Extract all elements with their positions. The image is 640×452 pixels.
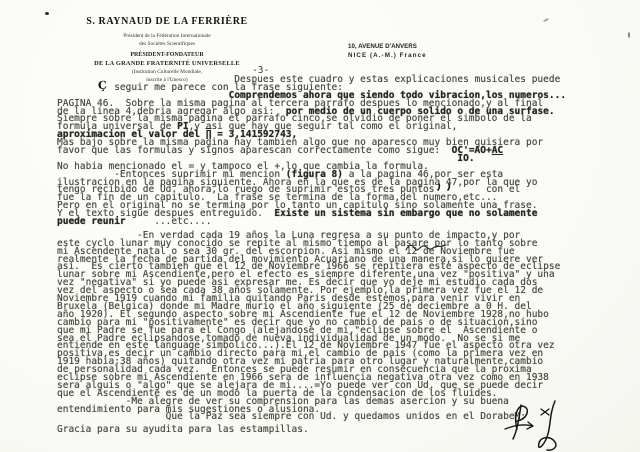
- sender-title-line-1: Président de la Fédération International…: [68, 33, 266, 39]
- handwritten-insertion-scribble: [405, 241, 447, 253]
- sender-title-line-2: des Sociétés Scientifiques: [68, 41, 266, 47]
- body-text-segment: AC: [492, 145, 503, 156]
- sender-name: S. RAYNAUD DE LA FERRIÈRE: [68, 16, 266, 27]
- body-text-segment: Existe un sistema sin embargo que no sol…: [274, 208, 537, 219]
- body-text-segment: puede reunir: [57, 216, 126, 227]
- ink-speck: [45, 12, 49, 15]
- letter-page: S. RAYNAUD DE LA FERRIÈRE Président de l…: [0, 0, 640, 452]
- body-text-segment: ...etc....: [126, 216, 212, 227]
- sender-role-line-2: DE LA GRANDE FRATERNITÉ UNIVERSELLE: [68, 60, 266, 67]
- letterhead: S. RAYNAUD DE LA FERRIÈRE Président de l…: [68, 16, 266, 83]
- address-line-2: NICE (A.-M.) France: [348, 52, 427, 59]
- body-text-segment: Que la Paz sea siempre con Ud. y quedamo…: [57, 411, 526, 422]
- handwritten-insert-mark: Ç: [98, 79, 108, 93]
- body-line: puede reunir ...etc....: [57, 218, 582, 226]
- handwritten-signature: [503, 399, 571, 452]
- body-text-segment: Gracia para su ayudita para las estampil…: [57, 424, 309, 435]
- ink-speck: [628, 32, 630, 38]
- sender-role-line-1: PRÉSIDENT-FONDATEUR: [68, 52, 266, 58]
- body-text-segment: IO.: [457, 153, 474, 164]
- address-line-1: 10, AVENUE D'ANVERS: [348, 43, 427, 50]
- ink-speck: [543, 18, 549, 23]
- letter-body: Despues este cuadro y estas explicacione…: [57, 76, 582, 434]
- handwritten-dots: [435, 182, 457, 192]
- sender-address: 10, AVENUE D'ANVERS NICE (A.-M.) France: [348, 43, 427, 59]
